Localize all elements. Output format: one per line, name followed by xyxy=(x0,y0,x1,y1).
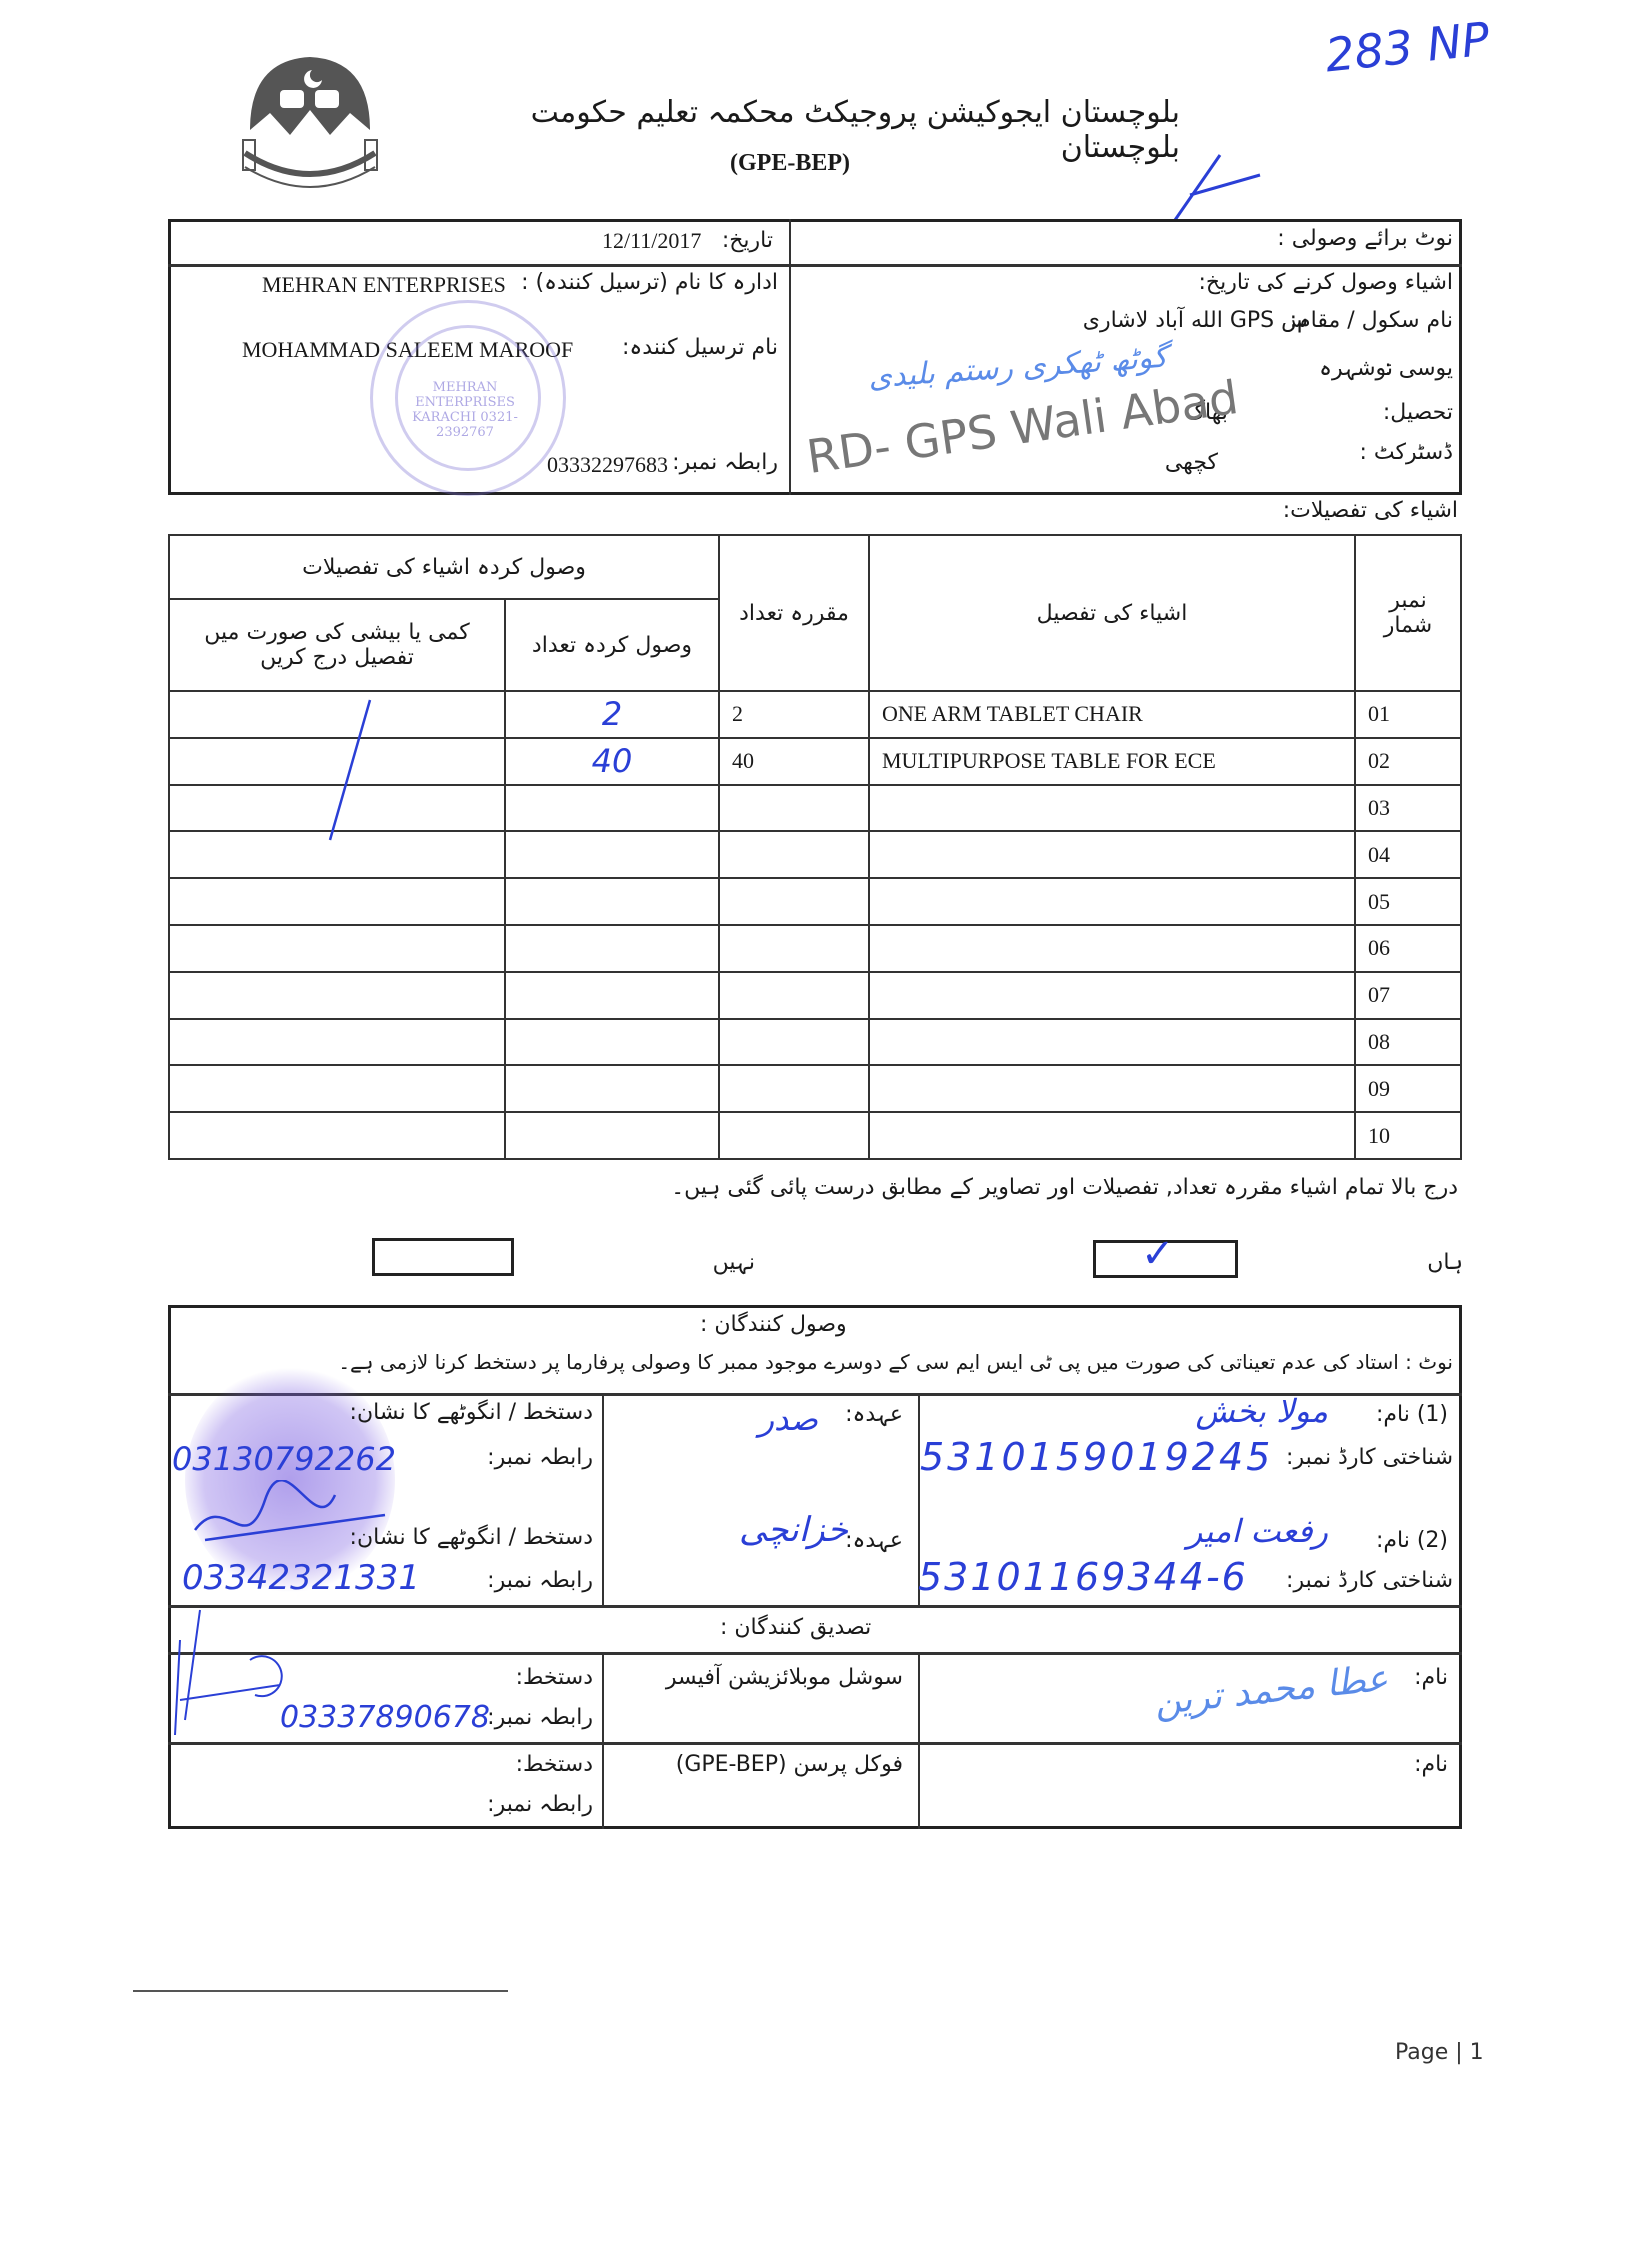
cell-prescribed-qty xyxy=(719,831,869,878)
cell-shortage xyxy=(169,925,505,972)
district-label: ڈسٹرکٹ : xyxy=(1360,440,1454,465)
cell-serial: 09 xyxy=(1355,1065,1461,1112)
verifier-1-sign-label: دستخط: xyxy=(516,1665,593,1690)
cell-received-qty xyxy=(505,1019,719,1066)
no-label: نہیں xyxy=(713,1250,755,1275)
receivers-heading: وصول کنندگان : xyxy=(700,1312,847,1337)
member-1-role: صدر xyxy=(759,1400,818,1438)
yes-label: ہاں xyxy=(1427,1250,1463,1275)
footnote-separator xyxy=(133,1990,508,1992)
member-1-contact: 03130792262 xyxy=(172,1440,396,1478)
cell-prescribed-qty xyxy=(719,1112,869,1159)
cell-shortage xyxy=(169,878,505,925)
school-value: س GPS الله آباد لاشاری xyxy=(1083,308,1308,333)
verifier-1-designation: سوشل موبلائزیشن آفیسر xyxy=(666,1665,903,1690)
table-row: 08 xyxy=(169,1019,1461,1066)
contact-value: 03332297683 xyxy=(547,452,668,478)
cell-serial: 08 xyxy=(1355,1019,1461,1066)
cell-prescribed-qty: 40 xyxy=(719,738,869,785)
uc-value: نوشہرہ xyxy=(1319,356,1393,381)
verifier-2-contact-label: رابطہ نمبر: xyxy=(487,1792,593,1817)
cell-description xyxy=(869,972,1355,1019)
receive-date-label: اشیاء وصول کرنے کی تاریخ: xyxy=(1199,270,1453,295)
cell-prescribed-qty: 2 xyxy=(719,691,869,738)
member-1-sign-label: دستخط / انگوٹھے کا نشان: xyxy=(350,1400,593,1425)
verifier-2-name-label: نام: xyxy=(1414,1752,1448,1777)
cell-shortage xyxy=(169,1019,505,1066)
prescribed-qty-header: مقررہ تعداد xyxy=(719,535,869,691)
cell-description xyxy=(869,878,1355,925)
balochistan-emblem-icon xyxy=(225,45,395,195)
sender-label: نام ترسیل کنندہ: xyxy=(622,335,778,360)
cell-serial: 04 xyxy=(1355,831,1461,878)
member-1-name: مولا بخش xyxy=(1196,1392,1328,1430)
verifier-2-designation: فوکل پرسن (GPE-BEP) xyxy=(676,1752,903,1777)
table-row: 07 xyxy=(169,972,1461,1019)
cell-prescribed-qty xyxy=(719,878,869,925)
cell-prescribed-qty xyxy=(719,1065,869,1112)
stamp-text: MEHRAN ENTERPRISES KARACHI 0321-2392767 xyxy=(395,380,535,440)
member-2-name-label: (2) نام: xyxy=(1376,1528,1448,1553)
member-2-signature-icon xyxy=(185,1480,405,1570)
contact-label: رابطہ نمبر: xyxy=(672,450,778,475)
cell-received-qty xyxy=(505,1065,719,1112)
member-1-role-label: عہدہ: xyxy=(845,1402,903,1427)
cell-shortage xyxy=(169,972,505,1019)
no-checkbox[interactable] xyxy=(372,1238,514,1276)
cell-serial: 03 xyxy=(1355,785,1461,832)
uc-label: یوسی : xyxy=(1384,356,1453,381)
member-1-name-label: (1) نام: xyxy=(1376,1402,1448,1427)
member-2-name: رفعت امیر xyxy=(1187,1512,1328,1550)
table-row: 05 xyxy=(169,878,1461,925)
member-1-cnic-label: شناختی کارڈ نمبر: xyxy=(1286,1445,1453,1470)
cell-prescribed-qty xyxy=(719,785,869,832)
cell-serial: 01 xyxy=(1355,691,1461,738)
org-label: ادارہ کا نام (ترسیل کنندہ) : xyxy=(521,270,778,295)
cell-received-qty xyxy=(505,1112,719,1159)
cell-received-qty: 40 xyxy=(505,738,719,785)
verifier-1-name-label: نام: xyxy=(1414,1665,1448,1690)
cell-description xyxy=(869,1065,1355,1112)
confirmation-statement: درج بالا تمام اشیاء مقررہ تعداد, تفصیلات… xyxy=(671,1175,1458,1200)
district-value: کچھی xyxy=(1165,450,1218,475)
received-group-header: وصول کردہ اشیاء کی تفصیلات xyxy=(169,535,719,599)
table-row: 06 xyxy=(169,925,1461,972)
cell-prescribed-qty xyxy=(719,972,869,1019)
shortage-header: کمی یا بیشی کی صورت میں تفصیل درج کریں xyxy=(169,599,505,691)
yes-checkbox[interactable]: ✓ xyxy=(1093,1240,1238,1278)
cell-shortage xyxy=(169,1112,505,1159)
cell-serial: 06 xyxy=(1355,925,1461,972)
cell-serial: 10 xyxy=(1355,1112,1461,1159)
cell-received-qty xyxy=(505,925,719,972)
table-row: 09 xyxy=(169,1065,1461,1112)
cell-received-qty xyxy=(505,831,719,878)
cell-serial: 02 xyxy=(1355,738,1461,785)
items-heading: اشیاء کی تفصیلات: xyxy=(1283,498,1458,523)
member-2-role: خزانچی xyxy=(739,1510,848,1550)
member-2-cnic: 53101169344-6 xyxy=(918,1555,1248,1599)
items-table: وصول کردہ اشیاء کی تفصیلات مقررہ تعداد ا… xyxy=(168,534,1462,1160)
cell-description: ONE ARM TABLET CHAIR xyxy=(869,691,1355,738)
cell-description xyxy=(869,1019,1355,1066)
cell-shortage xyxy=(169,1065,505,1112)
serial-header: نمبر شمار xyxy=(1355,535,1461,691)
verifier-2-sign-label: دستخط: xyxy=(516,1752,593,1777)
verifiers-heading: تصدیق کنندگان : xyxy=(720,1615,871,1640)
tehsil-label: تحصیل: xyxy=(1383,400,1453,425)
description-header: اشیاء کی تفصیل xyxy=(869,535,1355,691)
cell-description xyxy=(869,925,1355,972)
shortage-strike-icon xyxy=(320,695,380,845)
cell-serial: 05 xyxy=(1355,878,1461,925)
page-subtitle: (GPE-BEP) xyxy=(730,150,850,177)
date-value: 12/11/2017 xyxy=(602,228,701,254)
received-qty-header: وصول کردہ تعداد xyxy=(505,599,719,691)
verifier-1-contact-label: رابطہ نمبر: xyxy=(487,1705,593,1730)
cell-prescribed-qty xyxy=(719,1019,869,1066)
member-2-cnic-label: شناختی کارڈ نمبر: xyxy=(1286,1568,1453,1593)
cell-received-qty: 2 xyxy=(505,691,719,738)
table-row: 10 xyxy=(169,1112,1461,1159)
cell-description: MULTIPURPOSE TABLE FOR ECE xyxy=(869,738,1355,785)
verifier-1-signature-icon xyxy=(140,1600,320,1740)
member-1-cnic: 5310159019245 xyxy=(920,1435,1273,1479)
file-reference-annotation: 283 NP xyxy=(1323,12,1492,83)
cell-received-qty xyxy=(505,878,719,925)
cell-serial: 07 xyxy=(1355,972,1461,1019)
cell-description xyxy=(869,831,1355,878)
checkmark-icon: ✓ xyxy=(1141,1231,1175,1277)
cell-description xyxy=(869,785,1355,832)
date-label: تاریخ: xyxy=(722,228,773,253)
org-value: MEHRAN ENTERPRISES xyxy=(262,272,506,298)
cell-prescribed-qty xyxy=(719,925,869,972)
member-1-contact-label: رابطہ نمبر: xyxy=(487,1445,593,1470)
cell-description xyxy=(869,1112,1355,1159)
receivers-note: نوٹ : استاد کی عدم تعیناتی کی صورت میں پ… xyxy=(338,1350,1453,1374)
school-label: نام سکول / مقام: xyxy=(1290,308,1453,333)
page-number: Page | 1 xyxy=(1395,2040,1484,2065)
cell-received-qty xyxy=(505,785,719,832)
cell-received-qty xyxy=(505,972,719,1019)
member-2-role-label: عہدہ: xyxy=(845,1528,903,1553)
member-2-contact-label: رابطہ نمبر: xyxy=(487,1568,593,1593)
note-label: نوٹ برائے وصولی : xyxy=(1277,226,1453,251)
